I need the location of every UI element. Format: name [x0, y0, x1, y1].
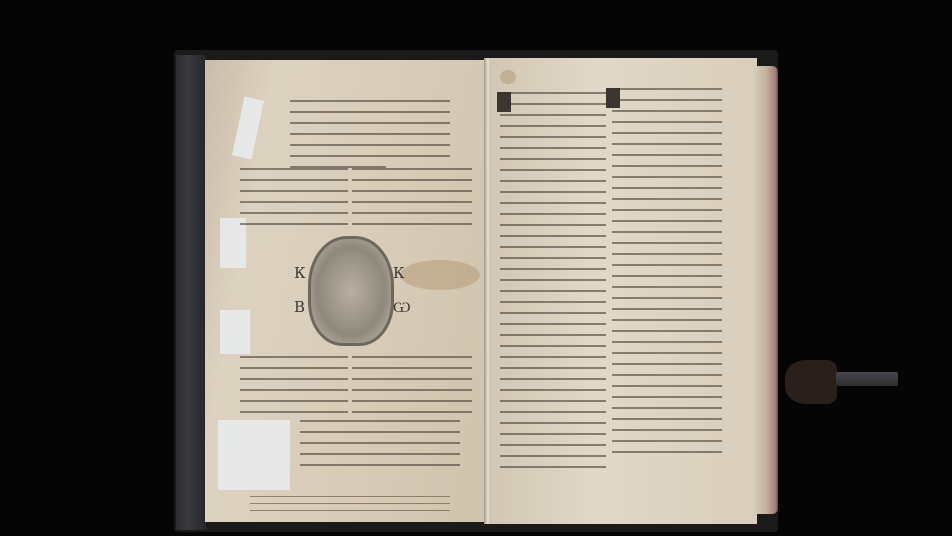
left-page-lower-col2	[352, 356, 472, 422]
tape-strip	[220, 310, 250, 354]
clasp-strap	[836, 372, 898, 386]
tape-strip	[218, 420, 290, 490]
emblem-letter: Ѡ	[393, 298, 411, 317]
left-page-bottom-text	[300, 420, 460, 475]
left-page-top-text	[290, 100, 450, 177]
book-spine	[176, 55, 206, 530]
left-page-lower-col1	[240, 356, 348, 422]
water-stain	[400, 260, 480, 290]
book-clasp	[785, 360, 837, 404]
emblem-letter: В	[294, 298, 305, 316]
left-page-col2	[352, 168, 472, 234]
right-page-col2	[612, 88, 722, 462]
right-page-col1	[500, 92, 606, 477]
handwritten-note	[250, 496, 450, 517]
left-page-col1	[240, 168, 348, 234]
emblem-letter: К	[294, 264, 306, 282]
water-stain	[500, 70, 516, 84]
page-stack	[754, 66, 778, 514]
coat-of-arms-emblem	[308, 236, 394, 346]
emblem-letter: К	[393, 264, 405, 282]
